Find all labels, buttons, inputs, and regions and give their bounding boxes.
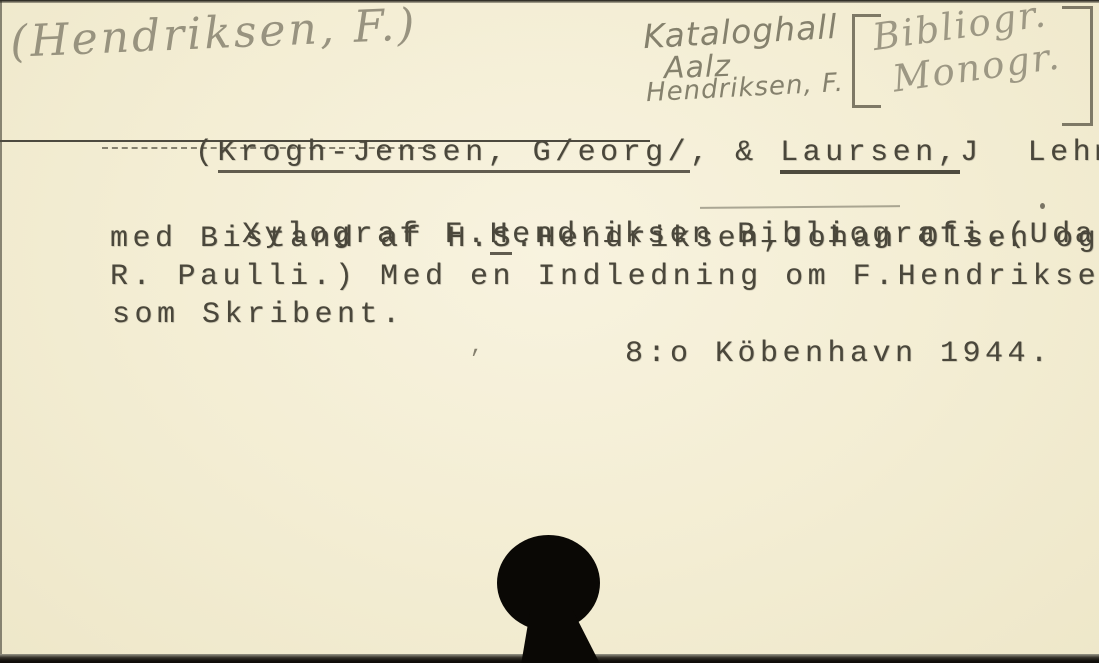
heading-rest: J Lehm) [960, 136, 1099, 170]
stray-ink-dot [1040, 203, 1045, 209]
heading-author1: Krogh-Jensen, G/eorg/ [218, 136, 691, 173]
body-line-2: med Bistand af H.S.Hendriksen,Johan Olse… [110, 222, 1099, 256]
heading-separator: , & [690, 136, 780, 170]
catalog-card: (Hendriksen, F.) Kataloghall Aalz Hendri… [0, 0, 1099, 663]
stray-pencil-mark: , [470, 334, 483, 359]
body-line-4: som Skribent. [112, 298, 405, 332]
scan-edge-left [0, 0, 2, 663]
imprint-line: 8:o Köbenhavn 1944. [625, 337, 1053, 371]
body-line-3: R. Paulli.) Med en Indledning om F.Hendr… [110, 260, 1099, 294]
scan-edge-top [0, 0, 1099, 3]
heading-author2: Laursen, [780, 136, 960, 174]
annotation-location: Kataloghall [642, 7, 838, 56]
handwritten-title: (Hendriksen, F.) [9, 0, 418, 68]
heading-open-paren: ( [195, 136, 218, 170]
